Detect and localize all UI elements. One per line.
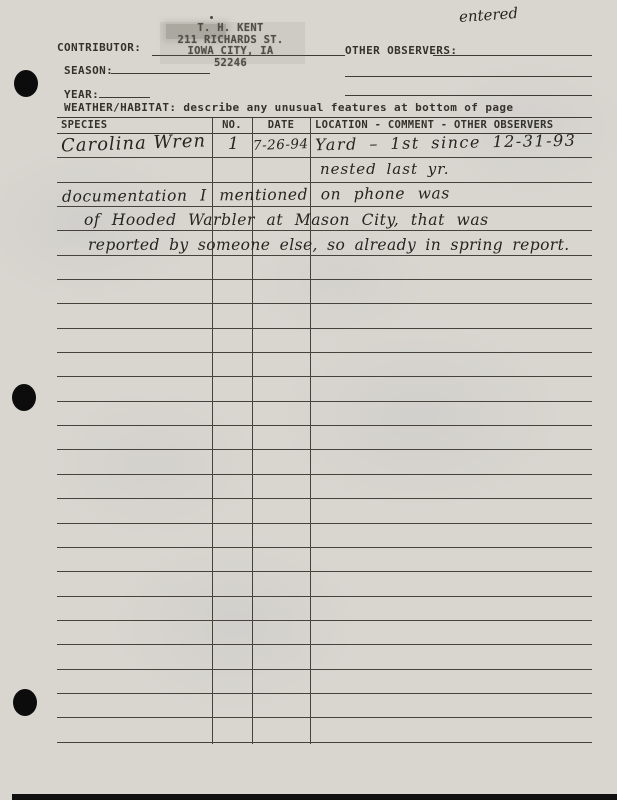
table-row xyxy=(57,597,592,621)
header-date: DATE xyxy=(252,119,310,131)
scan-artifact-dot xyxy=(210,16,213,19)
table-row xyxy=(57,304,592,328)
season-label: SEASON: xyxy=(64,64,113,77)
header-no: NO. xyxy=(212,119,252,131)
header-location: LOCATION - COMMENT - OTHER OBSERVERS xyxy=(315,119,553,131)
table-row xyxy=(57,377,592,401)
season-blank-line xyxy=(111,73,210,74)
stamp-city: IOWA CITY, IA 52246 xyxy=(168,46,293,69)
address-stamp: T. H. KENT 211 RICHARDS ST. IOWA CITY, I… xyxy=(168,23,293,69)
handwritten-annotation: entered xyxy=(458,4,518,26)
table-row xyxy=(57,645,592,669)
other-observers-extra-line-1 xyxy=(345,76,592,77)
table-row xyxy=(57,256,592,280)
other-observers-extra-line-2 xyxy=(345,95,592,96)
other-observers-blank-line xyxy=(433,55,592,56)
hole-punch-top xyxy=(14,70,38,97)
stamp-name: T. H. KENT xyxy=(168,23,293,35)
hole-punch-middle xyxy=(12,384,36,411)
table-row xyxy=(57,450,592,474)
contributor-label: CONTRIBUTOR: xyxy=(57,41,141,54)
table-row xyxy=(57,499,592,523)
scanned-form-page: entered CONTRIBUTOR: T. H. KENT 211 RICH… xyxy=(0,0,617,800)
entry-location-line2: nested last yr. xyxy=(320,160,450,178)
note-line-3: reported by someone else, so already in … xyxy=(88,236,570,254)
scan-edge-band xyxy=(12,794,617,800)
table-row xyxy=(57,621,592,645)
entry-date: 7-26-94 xyxy=(253,136,309,154)
year-blank-line xyxy=(99,97,150,98)
table-row xyxy=(57,718,592,742)
note-line-2: of Hooded Warbler at Mason City, that wa… xyxy=(84,211,489,229)
table-row xyxy=(57,524,592,548)
note-line-1: documentation I mentioned on phone was xyxy=(62,184,450,205)
header-species: SPECIES xyxy=(61,119,107,131)
table-row xyxy=(57,572,592,596)
weather-habitat-label: WEATHER/HABITAT: describe any unusual fe… xyxy=(64,101,513,114)
table-row xyxy=(57,402,592,426)
hole-punch-bottom xyxy=(13,689,37,716)
table-row xyxy=(57,670,592,694)
table-row xyxy=(57,548,592,572)
table-row xyxy=(57,329,592,353)
year-label: YEAR: xyxy=(64,88,99,101)
table-row xyxy=(57,426,592,450)
entry-number: 1 xyxy=(228,134,239,154)
table-row xyxy=(57,694,592,718)
table-row xyxy=(57,475,592,499)
table-row xyxy=(57,353,592,377)
table-row xyxy=(57,280,592,304)
